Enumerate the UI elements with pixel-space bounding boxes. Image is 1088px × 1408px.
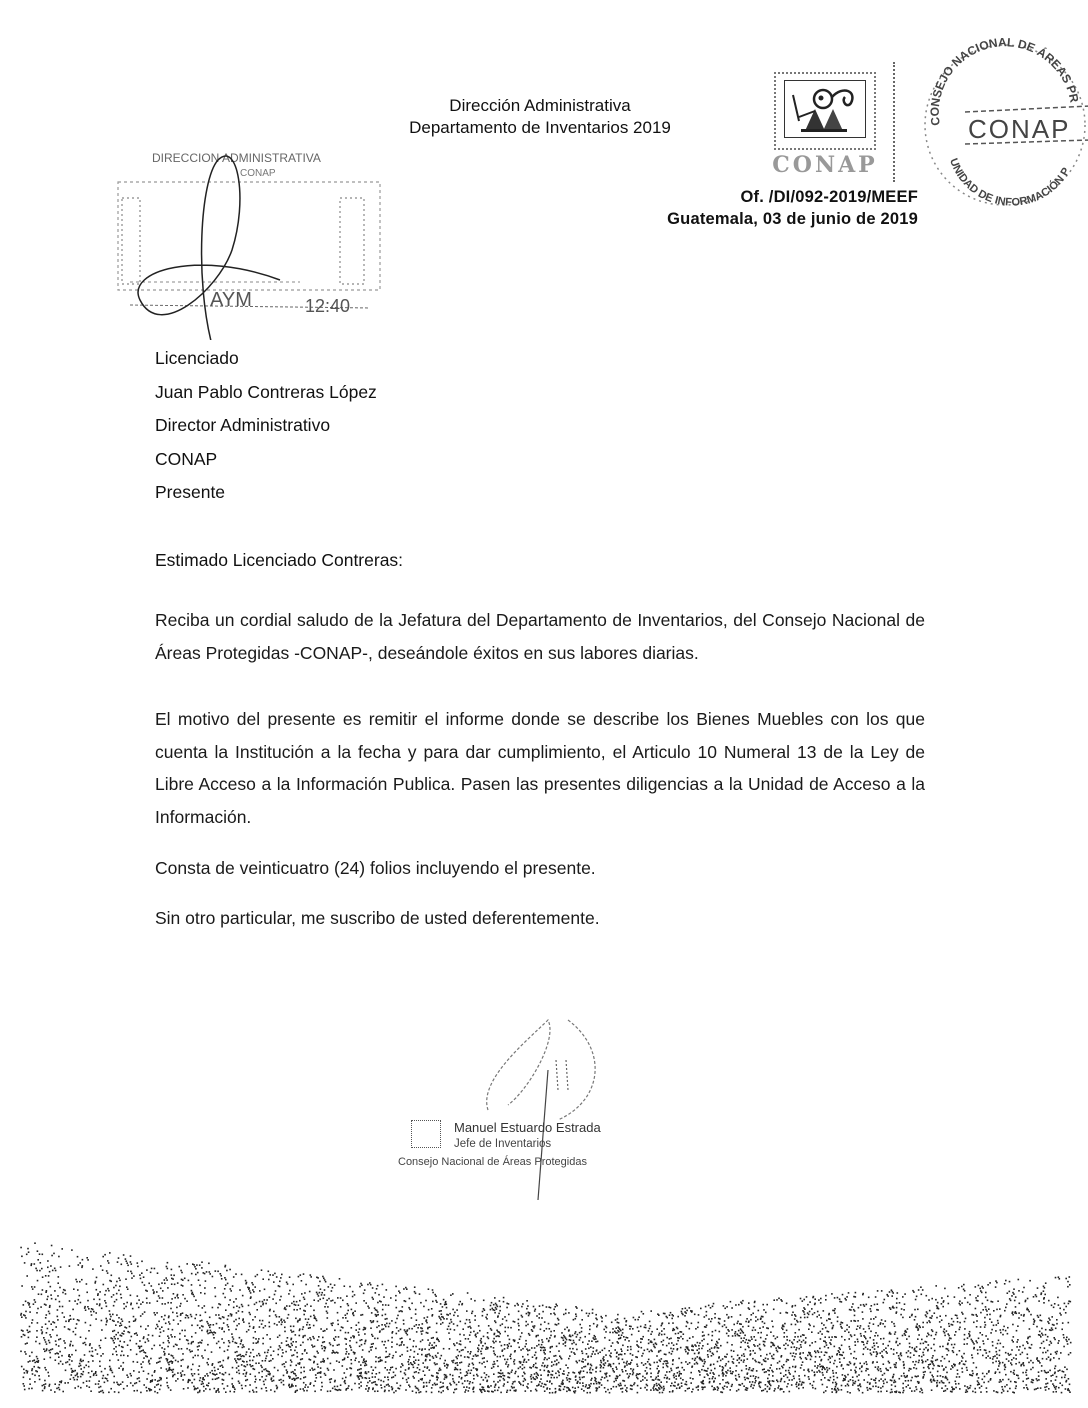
- stamp-top-arc: CONSEJO NACIONAL DE ÁREAS PRO...: [910, 30, 1082, 126]
- received-time: 12:40: [305, 296, 350, 316]
- header-line-2: Departamento de Inventarios 2019: [330, 117, 750, 139]
- conap-small-logo-icon: [411, 1120, 441, 1148]
- place-date: Guatemala, 03 de junio de 2019: [667, 208, 918, 230]
- salutation: Estimado Licenciado Contreras:: [155, 550, 403, 571]
- received-initials: AYM: [210, 289, 252, 311]
- paragraph-purpose: El motivo del presente es remitir el inf…: [155, 703, 925, 833]
- round-stamp: CONSEJO NACIONAL DE ÁREAS PRO... UNIDAD …: [910, 30, 1088, 220]
- recipient-organization: CONAP: [155, 447, 377, 481]
- paragraph-greeting: Reciba un cordial saludo de la Jefatura …: [155, 604, 925, 669]
- handwritten-signature: [408, 1010, 668, 1200]
- monkey-logo-icon: [784, 80, 866, 138]
- paragraph-folios: Consta de veinticuatro (24) folios inclu…: [155, 852, 925, 885]
- reference-block: Of. /DI/092-2019/MEEF Guatemala, 03 de j…: [667, 186, 918, 230]
- logo-divider: [893, 62, 895, 182]
- received-stamp-title: DIRECCION ADMINISTRATIVA: [152, 151, 321, 165]
- signatory-name: Manuel Estuardo Estrada: [454, 1120, 601, 1135]
- received-stamp-subtitle: CONAP: [240, 168, 276, 179]
- received-stamp: DIRECCION ADMINISTRATIVA CONAP AYM 12:40: [100, 140, 390, 340]
- document-header: Dirección Administrativa Departamento de…: [330, 95, 750, 139]
- recipient-name: Juan Pablo Contreras López: [155, 380, 377, 414]
- conap-logo: CONAP: [770, 68, 880, 178]
- signature-block: Manuel Estuardo Estrada Jefe de Inventar…: [408, 1010, 668, 1200]
- svg-text:CONSEJO NACIONAL DE ÁREAS PRO.: CONSEJO NACIONAL DE ÁREAS PRO...: [910, 30, 1082, 126]
- recipient-block: Licenciado Juan Pablo Contreras López Di…: [155, 346, 377, 514]
- reference-number: Of. /DI/092-2019/MEEF: [667, 186, 918, 208]
- signatory-organization: Consejo Nacional de Áreas Protegidas: [398, 1156, 587, 1168]
- footer-decorative-band: [0, 1220, 1088, 1408]
- recipient-position: Director Administrativo: [155, 413, 377, 447]
- header-line-1: Dirección Administrativa: [330, 95, 750, 117]
- paragraph-closing: Sin otro particular, me suscribo de uste…: [155, 902, 925, 935]
- recipient-title: Licenciado: [155, 346, 377, 380]
- signatory-role: Jefe de Inventarios: [454, 1138, 551, 1150]
- logo-text: CONAP: [770, 152, 880, 178]
- recipient-presente: Presente: [155, 480, 377, 514]
- stamp-center-text: CONAP: [968, 114, 1070, 144]
